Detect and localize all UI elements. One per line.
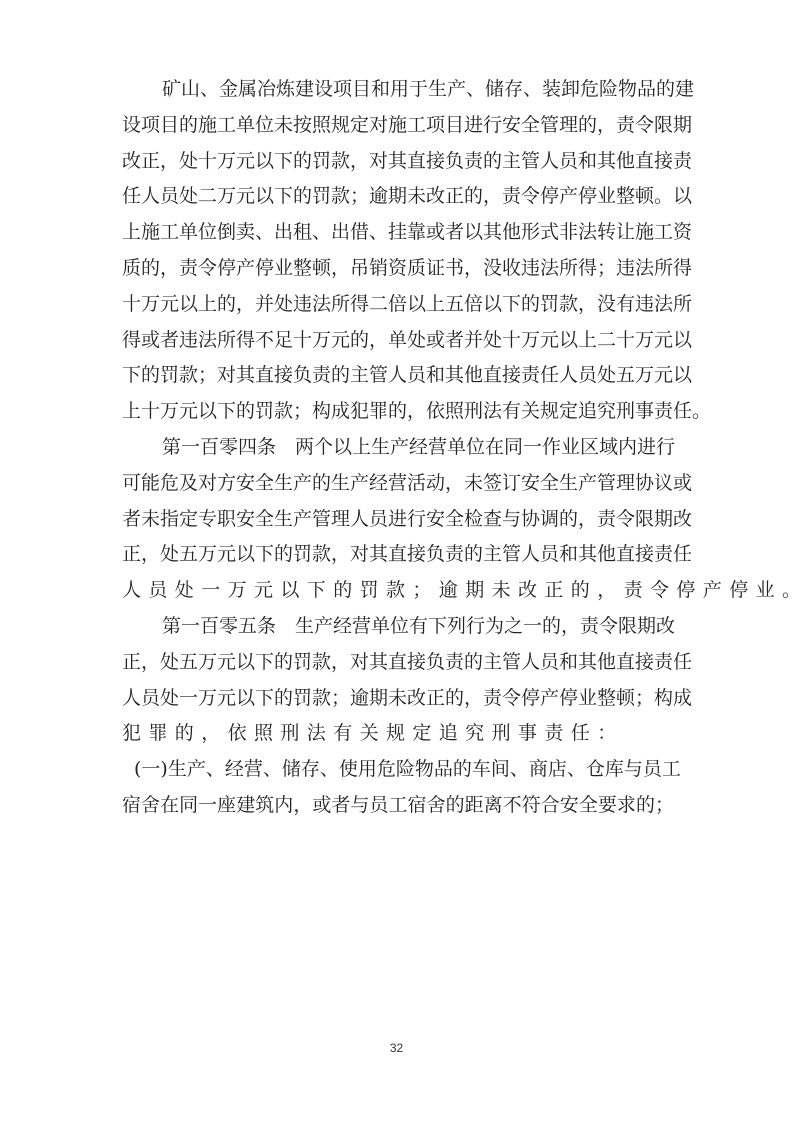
page-number: 32	[0, 1041, 793, 1055]
text-line: 人员处一万元以下的罚款；逾期未改正的，责令停产停业整顿；构成	[122, 681, 674, 717]
text-line: 改正，处十万元以下的罚款，对其直接负责的主管人员和其他直接责	[122, 144, 674, 180]
text-line: 宿舍在同一座建筑内，或者与员工宿舍的距离不符合安全要求的；	[122, 788, 674, 824]
paragraph-continuation: 矿山、金属冶炼建设项目和用于生产、储存、装卸危险物品的建 设项目的施工单位未按照…	[122, 72, 674, 430]
text-line: 上十万元以下的罚款；构成犯罪的，依照刑法有关规定追究刑事责任。	[122, 394, 674, 430]
text-line: 可能危及对方安全生产的生产经营活动，未签订安全生产管理协议或	[122, 466, 674, 502]
list-item-line: (一)生产、经营、储存、使用危险物品的车间、商店、仓库与员工	[122, 752, 674, 788]
text-line: 质的，责令停产停业整顿，吊销资质证书，没收违法所得；违法所得	[122, 251, 674, 287]
text-line: 十万元以上的，并处违法所得二倍以上五倍以下的罚款，没有违法所	[122, 287, 674, 323]
document-page: 矿山、金属冶炼建设项目和用于生产、储存、装卸危险物品的建 设项目的施工单位未按照…	[0, 0, 793, 1122]
text-line: 正，处五万元以下的罚款，对其直接负责的主管人员和其他直接责任	[122, 645, 674, 681]
text-line: 者未指定专职安全生产管理人员进行安全检查与协调的，责令限期改	[122, 502, 674, 538]
text-line: 下的罚款；对其直接负责的主管人员和其他直接责任人员处五万元以	[122, 358, 674, 394]
text-line: 正，处五万元以下的罚款，对其直接负责的主管人员和其他直接责任	[122, 537, 674, 573]
text-line: 人员处一万元以下的罚款；逾期未改正的，责令停产停业。	[122, 573, 674, 609]
text-line: 上施工单位倒卖、出租、出借、挂靠或者以其他形式非法转让施工资	[122, 215, 674, 251]
document-body: 矿山、金属冶炼建设项目和用于生产、储存、装卸危险物品的建 设项目的施工单位未按照…	[122, 72, 674, 824]
article-heading-line: 第一百零四条 两个以上生产经营单位在同一作业区域内进行	[122, 430, 674, 466]
text-line: 犯罪的，依照刑法有关规定追究刑事责任：	[122, 716, 674, 752]
article-104: 第一百零四条 两个以上生产经营单位在同一作业区域内进行 可能危及对方安全生产的生…	[122, 430, 674, 609]
list-item-1: (一)生产、经营、储存、使用危险物品的车间、商店、仓库与员工 宿舍在同一座建筑内…	[122, 752, 674, 824]
text-line: 得或者违法所得不足十万元的，单处或者并处十万元以上二十万元以	[122, 323, 674, 359]
text-line: 矿山、金属冶炼建设项目和用于生产、储存、装卸危险物品的建	[122, 72, 674, 108]
text-line: 设项目的施工单位未按照规定对施工项目进行安全管理的，责令限期	[122, 108, 674, 144]
text-line: 任人员处二万元以下的罚款；逾期未改正的，责令停产停业整顿。以	[122, 179, 674, 215]
article-heading-line: 第一百零五条 生产经营单位有下列行为之一的，责令限期改	[122, 609, 674, 645]
article-105: 第一百零五条 生产经营单位有下列行为之一的，责令限期改 正，处五万元以下的罚款，…	[122, 609, 674, 752]
